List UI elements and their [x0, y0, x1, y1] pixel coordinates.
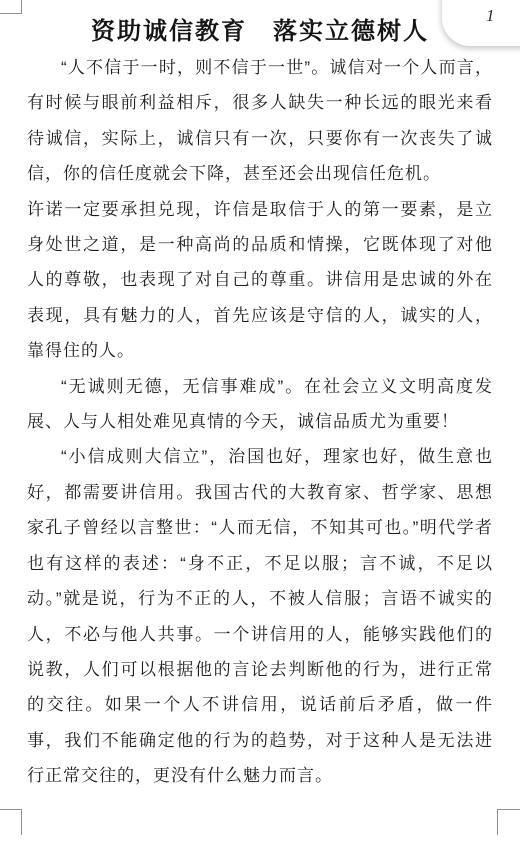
page-corner-card: 1 — [442, 0, 520, 46]
document-page: 1 资助诚信教育 落实立德树人 “人不信于一时，则不信于一世”。诚信对一个人而言… — [0, 0, 520, 866]
page-number: 1 — [486, 6, 495, 26]
paragraph-1: “人不信于一时，则不信于一世”。诚信对一个人而言，有时候与眼前利益相斥，很多人缺… — [27, 50, 493, 192]
margin-corner-mark-bottom-left — [0, 809, 22, 835]
paragraph-4: “小信成则大信立”，治国也好，理家也好，做生意也好，都需要讲信用。我国古代的大教… — [27, 439, 493, 793]
document-body: “人不信于一时，则不信于一世”。诚信对一个人而言，有时候与眼前利益相斥，很多人缺… — [27, 50, 493, 794]
margin-corner-mark-bottom-right — [497, 809, 520, 835]
paragraph-2: 许诺一定要承担兑现，许信是取信于人的第一要素，是立身处世之道，是一种高尚的品质和… — [27, 192, 493, 369]
paragraph-3: “无诚则无德，无信事难成”。在社会立义文明高度发展、人与人相处难见真情的今天，诚… — [27, 369, 493, 440]
